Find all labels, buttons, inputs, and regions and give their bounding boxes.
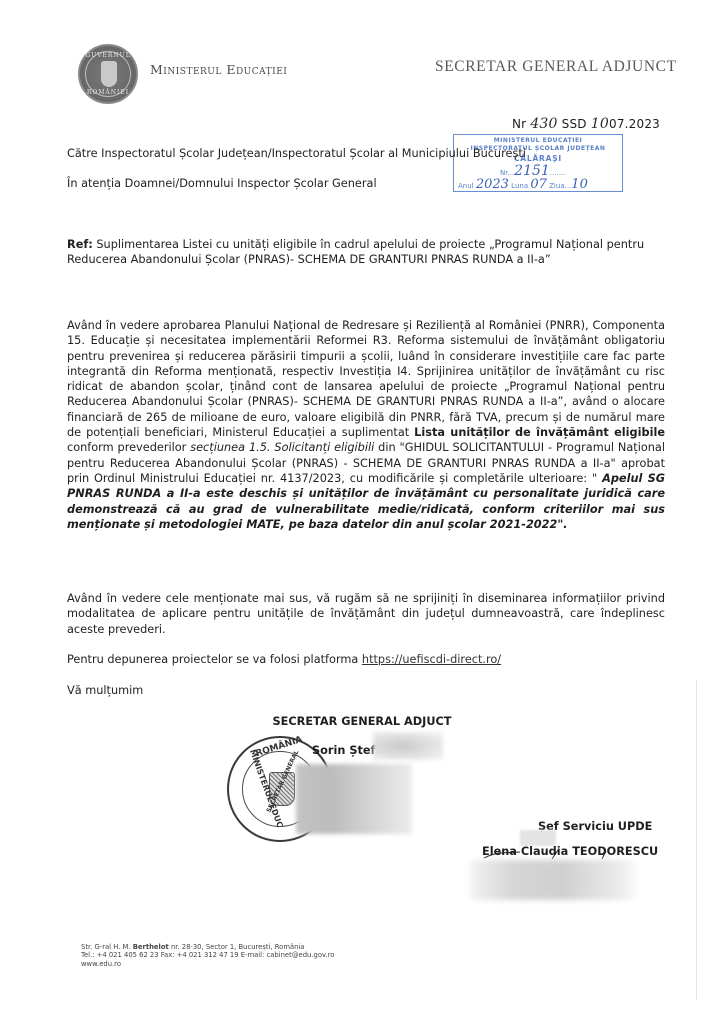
reg-number-prefix: Nr	[512, 117, 526, 131]
stamp-year-label: Anul	[458, 182, 474, 190]
redacted-signature-1a	[373, 732, 443, 760]
stamp-month-label: Luna	[511, 182, 528, 190]
registration-stamp: MINISTERUL EDUCAȚIEI INSPECTORATUL ȘCOLA…	[453, 134, 623, 192]
footer-address: Str. G-ral H. M. Berthelot nr. 28-30, Se…	[81, 943, 334, 951]
reg-number-handwritten: 430	[530, 116, 557, 132]
p1-text-a: Având în vedere aprobarea Planului Națio…	[67, 319, 665, 439]
p1-bold: Lista unităților de învățământ eligibile	[414, 426, 665, 439]
redacted-signature-2b	[470, 860, 635, 900]
p1-text-b: conform prevederilor	[67, 441, 190, 454]
stamp-year-value: 2023	[476, 177, 509, 192]
redacted-signature-1b	[296, 764, 412, 834]
stamp-date: Anul 2023 Luna 07 Ziua...10	[458, 177, 588, 192]
reference-text: Suplimentarea Listei cu unități eligibil…	[67, 238, 644, 266]
body-paragraph-3: Pentru depunerea proiectelor se va folos…	[67, 652, 665, 667]
reg-number-suffix: SSD	[562, 117, 587, 131]
reference: Ref: Suplimentarea Listei cu unități eli…	[67, 237, 667, 268]
logo-text-top: GUVERNUL	[80, 52, 136, 59]
government-logo: GUVERNUL ROMÂNIEI	[78, 44, 138, 104]
closing-thanks: Vă mulțumim	[67, 683, 665, 698]
reference-label: Ref:	[67, 238, 93, 251]
addressee-to: Către Inspectoratul Școlar Județean/Insp…	[67, 146, 526, 161]
body-paragraph-1: Având în vedere aprobarea Planului Națio…	[67, 318, 665, 532]
reg-date-handwritten: 10	[591, 116, 609, 132]
logo-text-bottom: ROMÂNIEI	[80, 89, 136, 96]
p1-italic-section: secțiunea 1.5. Solicitanți eligibili	[190, 441, 374, 454]
signature-title: SECRETAR GENERAL ADJUCT	[0, 714, 724, 729]
p3-text: Pentru depunerea proiectelor se va folos…	[67, 653, 362, 666]
coat-of-arms-icon	[101, 61, 117, 87]
footer-contact: Str. G-ral H. M. Berthelot nr. 28-30, Se…	[81, 943, 334, 968]
stamp-line-1: MINISTERUL EDUCAȚIEI	[454, 137, 622, 144]
registration-number: Nr 430 SSD 1007.2023	[512, 116, 660, 132]
footer-website[interactable]: www.edu.ro	[81, 960, 334, 968]
body-paragraph-2: Având în vedere cele menționate mai sus,…	[67, 591, 665, 637]
office-heading: SECRETAR GENERAL ADJUNCT	[435, 58, 677, 76]
stamp-day-value: 10	[571, 177, 588, 192]
footer-phone-email: Tel.: +4 021 405 62 23 Fax: +4 021 312 4…	[81, 951, 334, 959]
reg-date: 07.2023	[609, 117, 660, 131]
platform-link[interactable]: https://uefiscdi-direct.ro/	[362, 653, 501, 666]
stamp-day-label: Ziua	[549, 182, 564, 190]
handwritten-signature-stroke	[482, 848, 632, 860]
stamp-nr-label: Nr.	[500, 169, 510, 177]
stamp-month-value: 07	[530, 177, 547, 192]
addressee-attention: În atenția Doamnei/Domnului Inspector Șc…	[67, 176, 377, 191]
scan-edge-line	[696, 680, 697, 1000]
ministry-name: Ministerul Educației	[150, 62, 287, 77]
